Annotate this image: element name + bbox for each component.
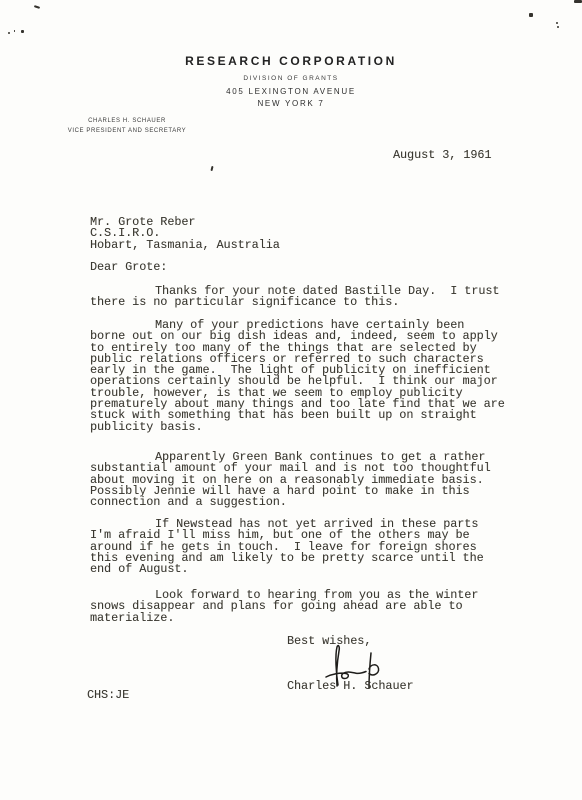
- scan-speck: [34, 5, 40, 9]
- signer-name: Charles H. Schauer: [287, 681, 414, 692]
- body-paragraph-5: Look forward to hearing from you as the …: [90, 590, 478, 624]
- scanned-letter-page: RESEARCH CORPORATION DIVISION OF GRANTS …: [0, 0, 582, 800]
- body-paragraph-3: Apparently Green Bank continues to get a…: [90, 452, 491, 508]
- letterhead-company: RESEARCH CORPORATION: [0, 54, 582, 68]
- letterhead-officer: CHARLES H. SCHAUER VICE PRESIDENT AND SE…: [32, 116, 222, 136]
- letterhead-address: 405 LEXINGTON AVENUE: [0, 87, 582, 96]
- body-paragraph-1: Thanks for your note dated Bastille Day.…: [90, 286, 499, 309]
- reference-initials: CHS:JE: [87, 690, 129, 701]
- letter-date: August 3, 1961: [393, 150, 491, 161]
- salutation: Dear Grote:: [90, 262, 167, 273]
- body-paragraph-4: If Newstead has not yet arrived in these…: [90, 519, 484, 575]
- scan-speck: [556, 22, 558, 24]
- scan-speck: [557, 26, 559, 28]
- scan-speck: [8, 32, 10, 34]
- scan-speck: [14, 30, 15, 32]
- letterhead-city: NEW YORK 7: [0, 99, 582, 108]
- scan-speck: [574, 0, 582, 3]
- recipient-address: Mr. Grote Reber C.S.I.R.O. Hobart, Tasma…: [90, 217, 280, 251]
- scan-speck: [210, 166, 213, 171]
- body-paragraph-2: Many of your predictions have certainly …: [90, 320, 505, 433]
- letterhead-division: DIVISION OF GRANTS: [0, 75, 582, 82]
- scan-speck: [21, 30, 24, 33]
- scan-speck: [529, 13, 533, 17]
